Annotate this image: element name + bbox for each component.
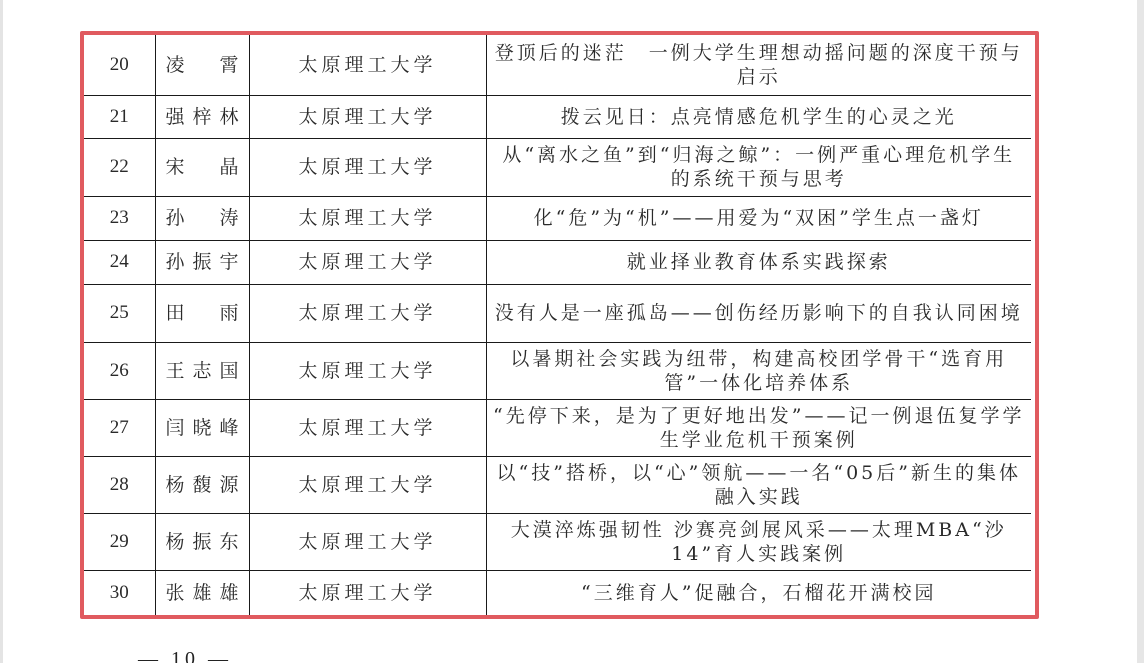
selection-highlight-box	[80, 31, 1039, 619]
document-viewer: 20凌霄太原理工大学登顶后的迷茫 一例大学生理想动摇问题的深度干预与启示21强梓…	[0, 0, 1144, 663]
vertical-scrollbar[interactable]	[1137, 0, 1144, 663]
document-page: 20凌霄太原理工大学登顶后的迷茫 一例大学生理想动摇问题的深度干预与启示21强梓…	[3, 0, 1137, 663]
page-number: — 10 —	[138, 648, 232, 663]
